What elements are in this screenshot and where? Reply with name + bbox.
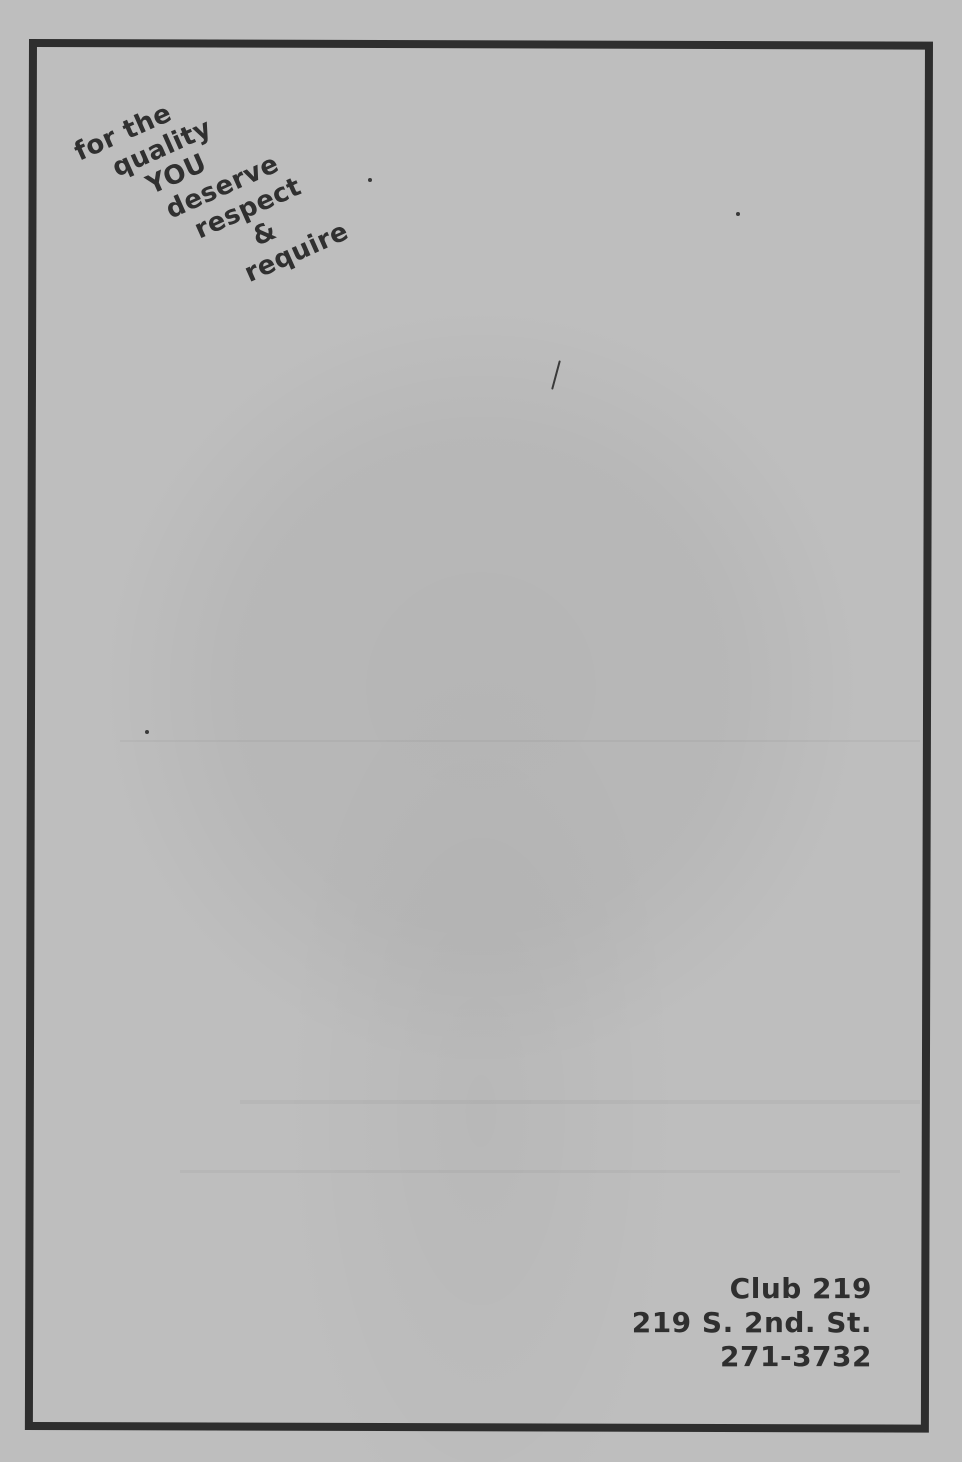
paper-speck [368, 178, 372, 182]
paper-speck [736, 212, 740, 216]
business-info: Club 219 219 S. 2nd. St. 271-3732 [632, 1272, 872, 1374]
business-name: Club 219 [632, 1272, 872, 1306]
business-phone: 271-3732 [632, 1340, 872, 1374]
business-address: 219 S. 2nd. St. [632, 1306, 872, 1340]
paper-speck [145, 730, 149, 734]
